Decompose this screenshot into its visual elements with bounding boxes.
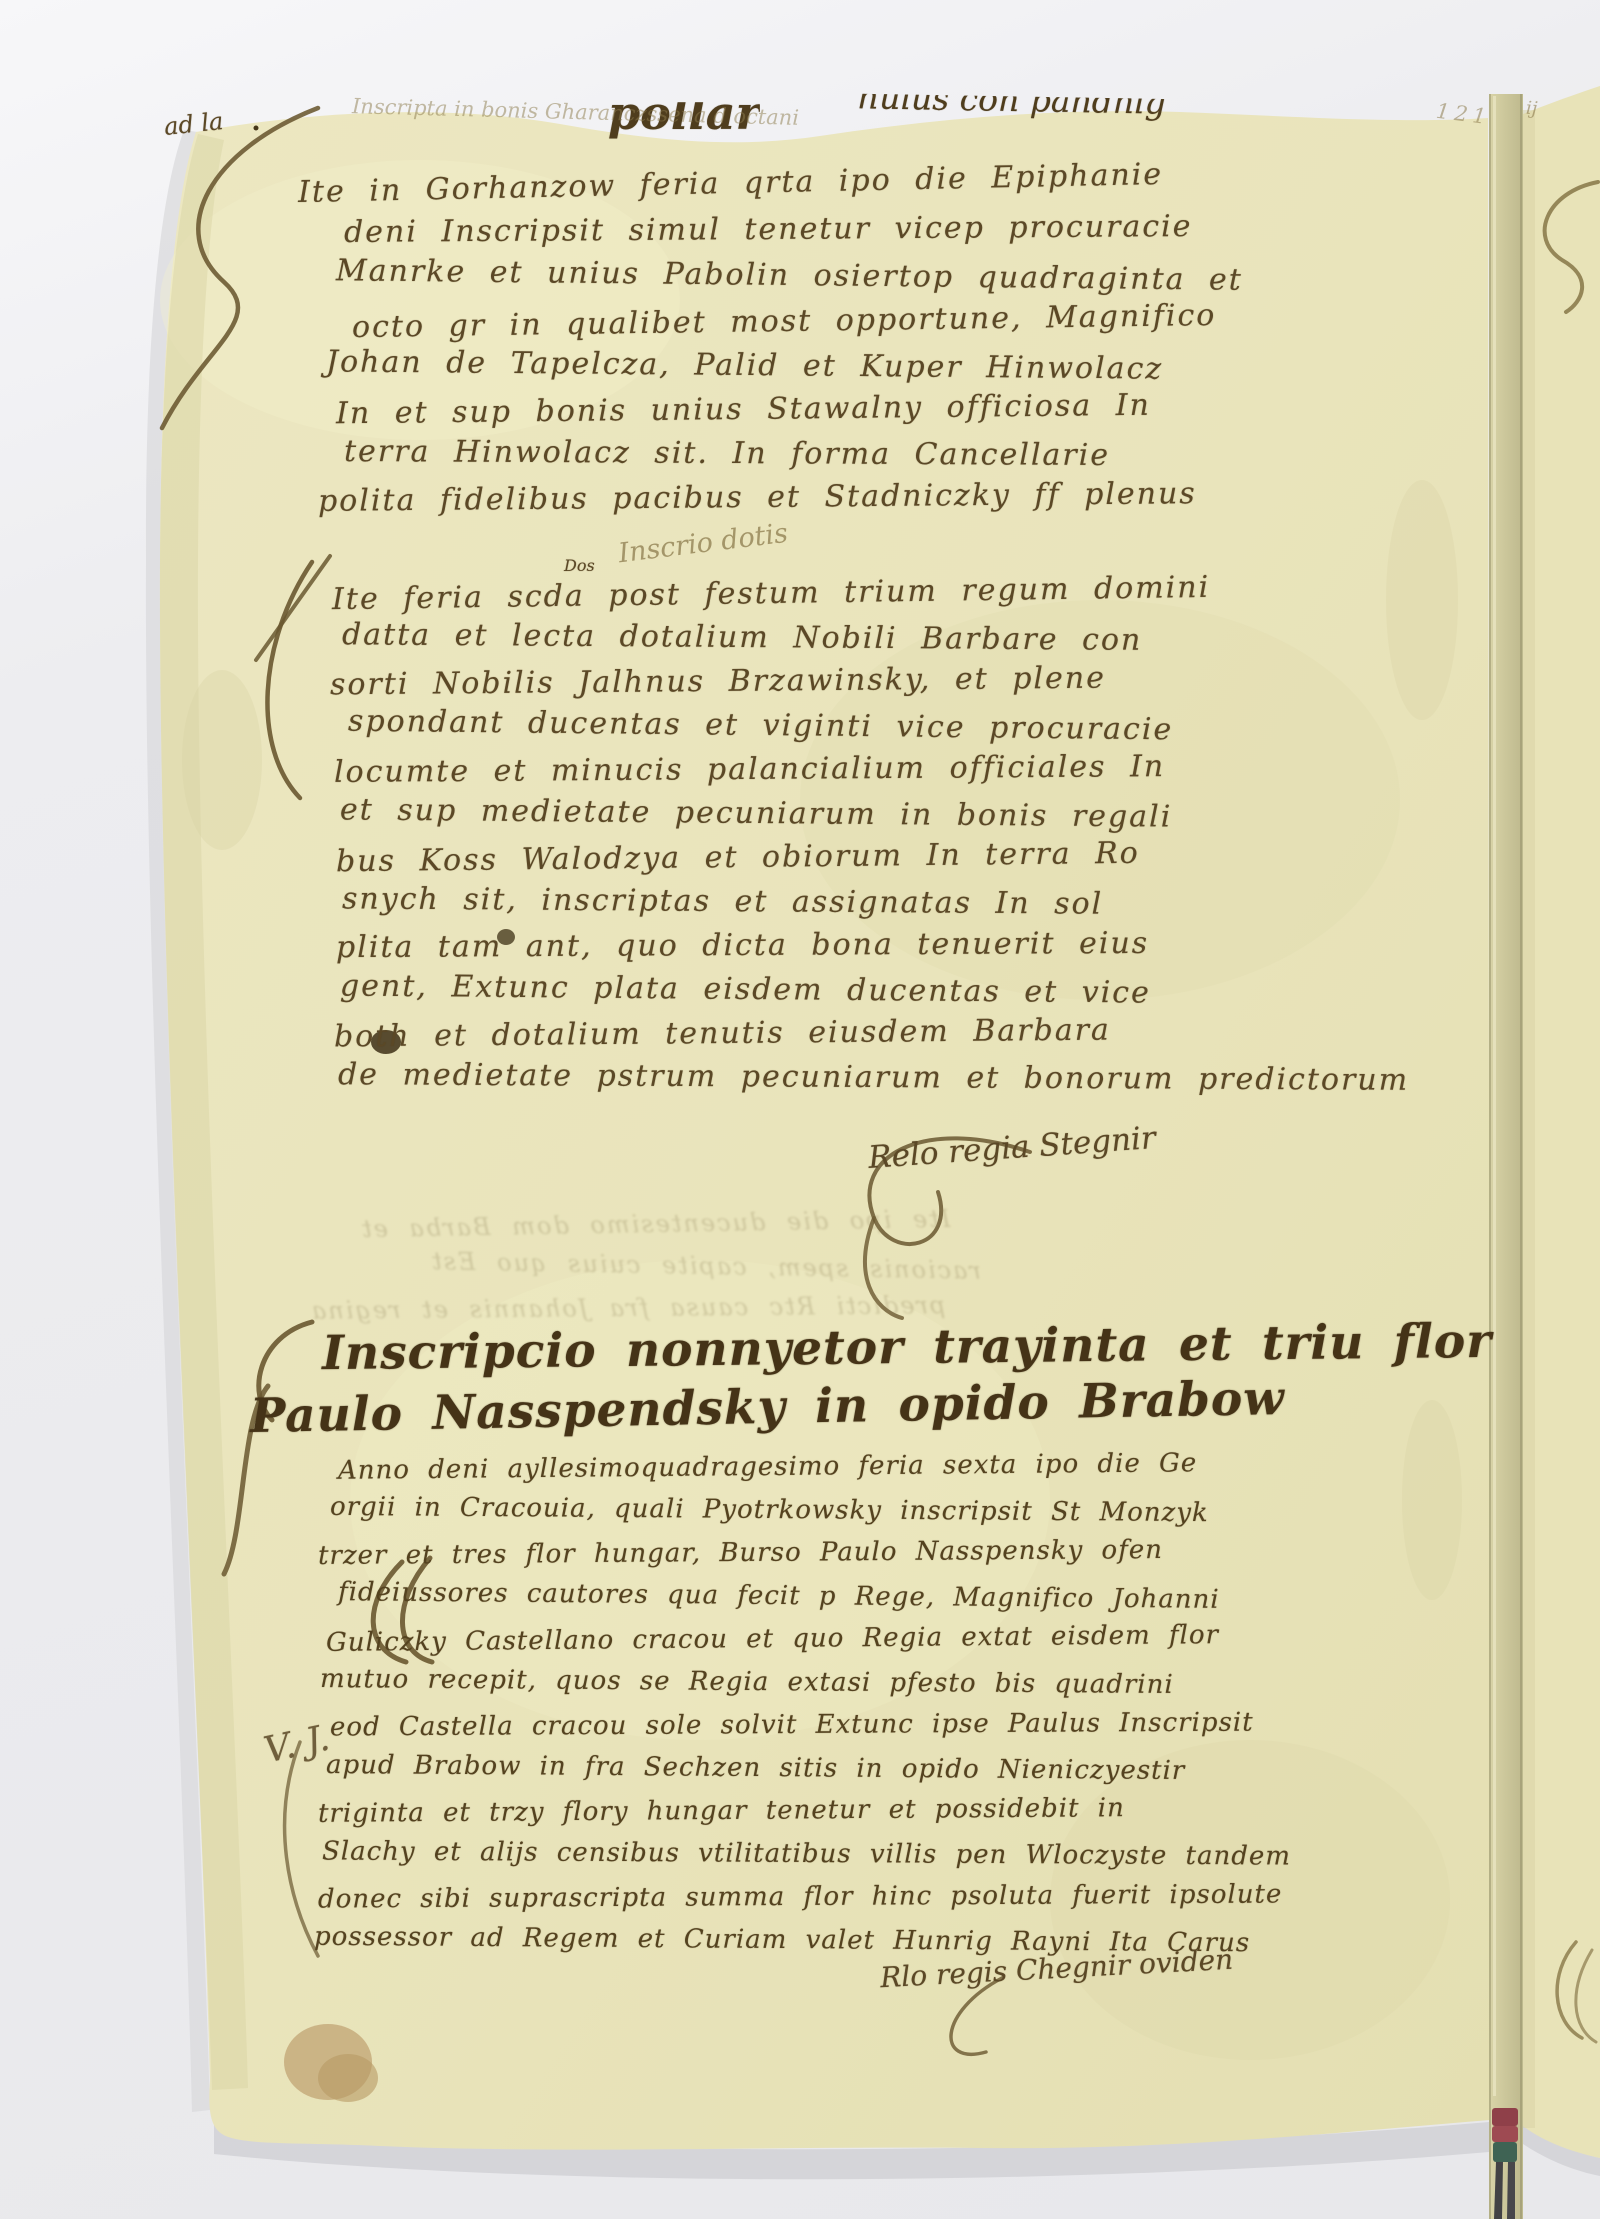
manuscript-line: locumte et minucis palancialium official… [334, 749, 1165, 790]
manuscript-line: gent, Extunc plata eisdem ducentas et vi… [340, 968, 1151, 1010]
gutter-film-edge [1520, 94, 1522, 2219]
manuscript-line: triginta et trzy flory hungar tenetur et… [318, 1793, 1125, 1829]
binding-thread-red [1492, 2126, 1518, 2142]
manuscript-line: donec sibi suprascripta summa flor hinc … [318, 1879, 1283, 1914]
manuscript-line: et sup medietate pecuniarum in bonis reg… [340, 792, 1173, 834]
manuscript-line: both et dotalium tenutis eiusdem Barbara [334, 1013, 1111, 1055]
margin-smudge [1386, 480, 1458, 720]
ink-speck [254, 126, 259, 131]
manuscript-line: deni Inscripsit simul tenetur vicep proc… [344, 209, 1193, 250]
binding-thread-red [1492, 2108, 1518, 2126]
gutter-film-highlight [1493, 96, 1496, 2096]
manuscript-line: datta et lecta dotalium Nobili Barbare c… [342, 617, 1143, 658]
binding-thread-green [1493, 2142, 1517, 2162]
gutter-quire-mark: ij [1525, 98, 1538, 120]
manuscript-line: Johan de Tapelcza, Palid et Kuper Hinwol… [326, 344, 1163, 386]
manuscript-scan: pollar huius con pandnig Inscripta in bo… [0, 0, 1600, 2219]
paper-stain [318, 2054, 378, 2102]
right-leaf-gutter-shade [1523, 110, 1535, 2128]
manuscript-line: apud Brabow in fra Sechzen sitis in opid… [326, 1750, 1186, 1786]
manuscript-line: sorti Nobilis Jalhnus Brzawinsky, et ple… [330, 661, 1106, 703]
margin-smudge [182, 670, 262, 850]
margin-smudge [1402, 1400, 1462, 1600]
manuscript-line: trzer et tres flor hungar, Burso Paulo N… [318, 1535, 1163, 1571]
manuscript-line: eod Castella cracou sole solvit Extunc i… [330, 1708, 1254, 1743]
dos-annotation: Dos [564, 556, 595, 575]
manuscript-line: plita tam ant, quo dicta bona tenuerit e… [336, 926, 1149, 965]
manuscript-line: terra Hinwolacz sit. In forma Cancellari… [344, 434, 1110, 473]
manuscript-line: snych sit, inscriptas et assignatas In s… [342, 881, 1103, 921]
manuscript-line: orgii in Cracouia, quali Pyotrkowsky ins… [330, 1492, 1209, 1528]
manuscript-line: Slachy et alijs censibus vtilitatibus vi… [322, 1836, 1291, 1871]
gutter-film-edge [1489, 94, 1491, 2219]
binding-thread-dark [1507, 2162, 1515, 2219]
manuscript-line: mutuo recepit, quos se Regia extasi pfes… [320, 1664, 1174, 1700]
manuscript-line: de medietate pstrum pecuniarum et bonoru… [338, 1057, 1409, 1098]
